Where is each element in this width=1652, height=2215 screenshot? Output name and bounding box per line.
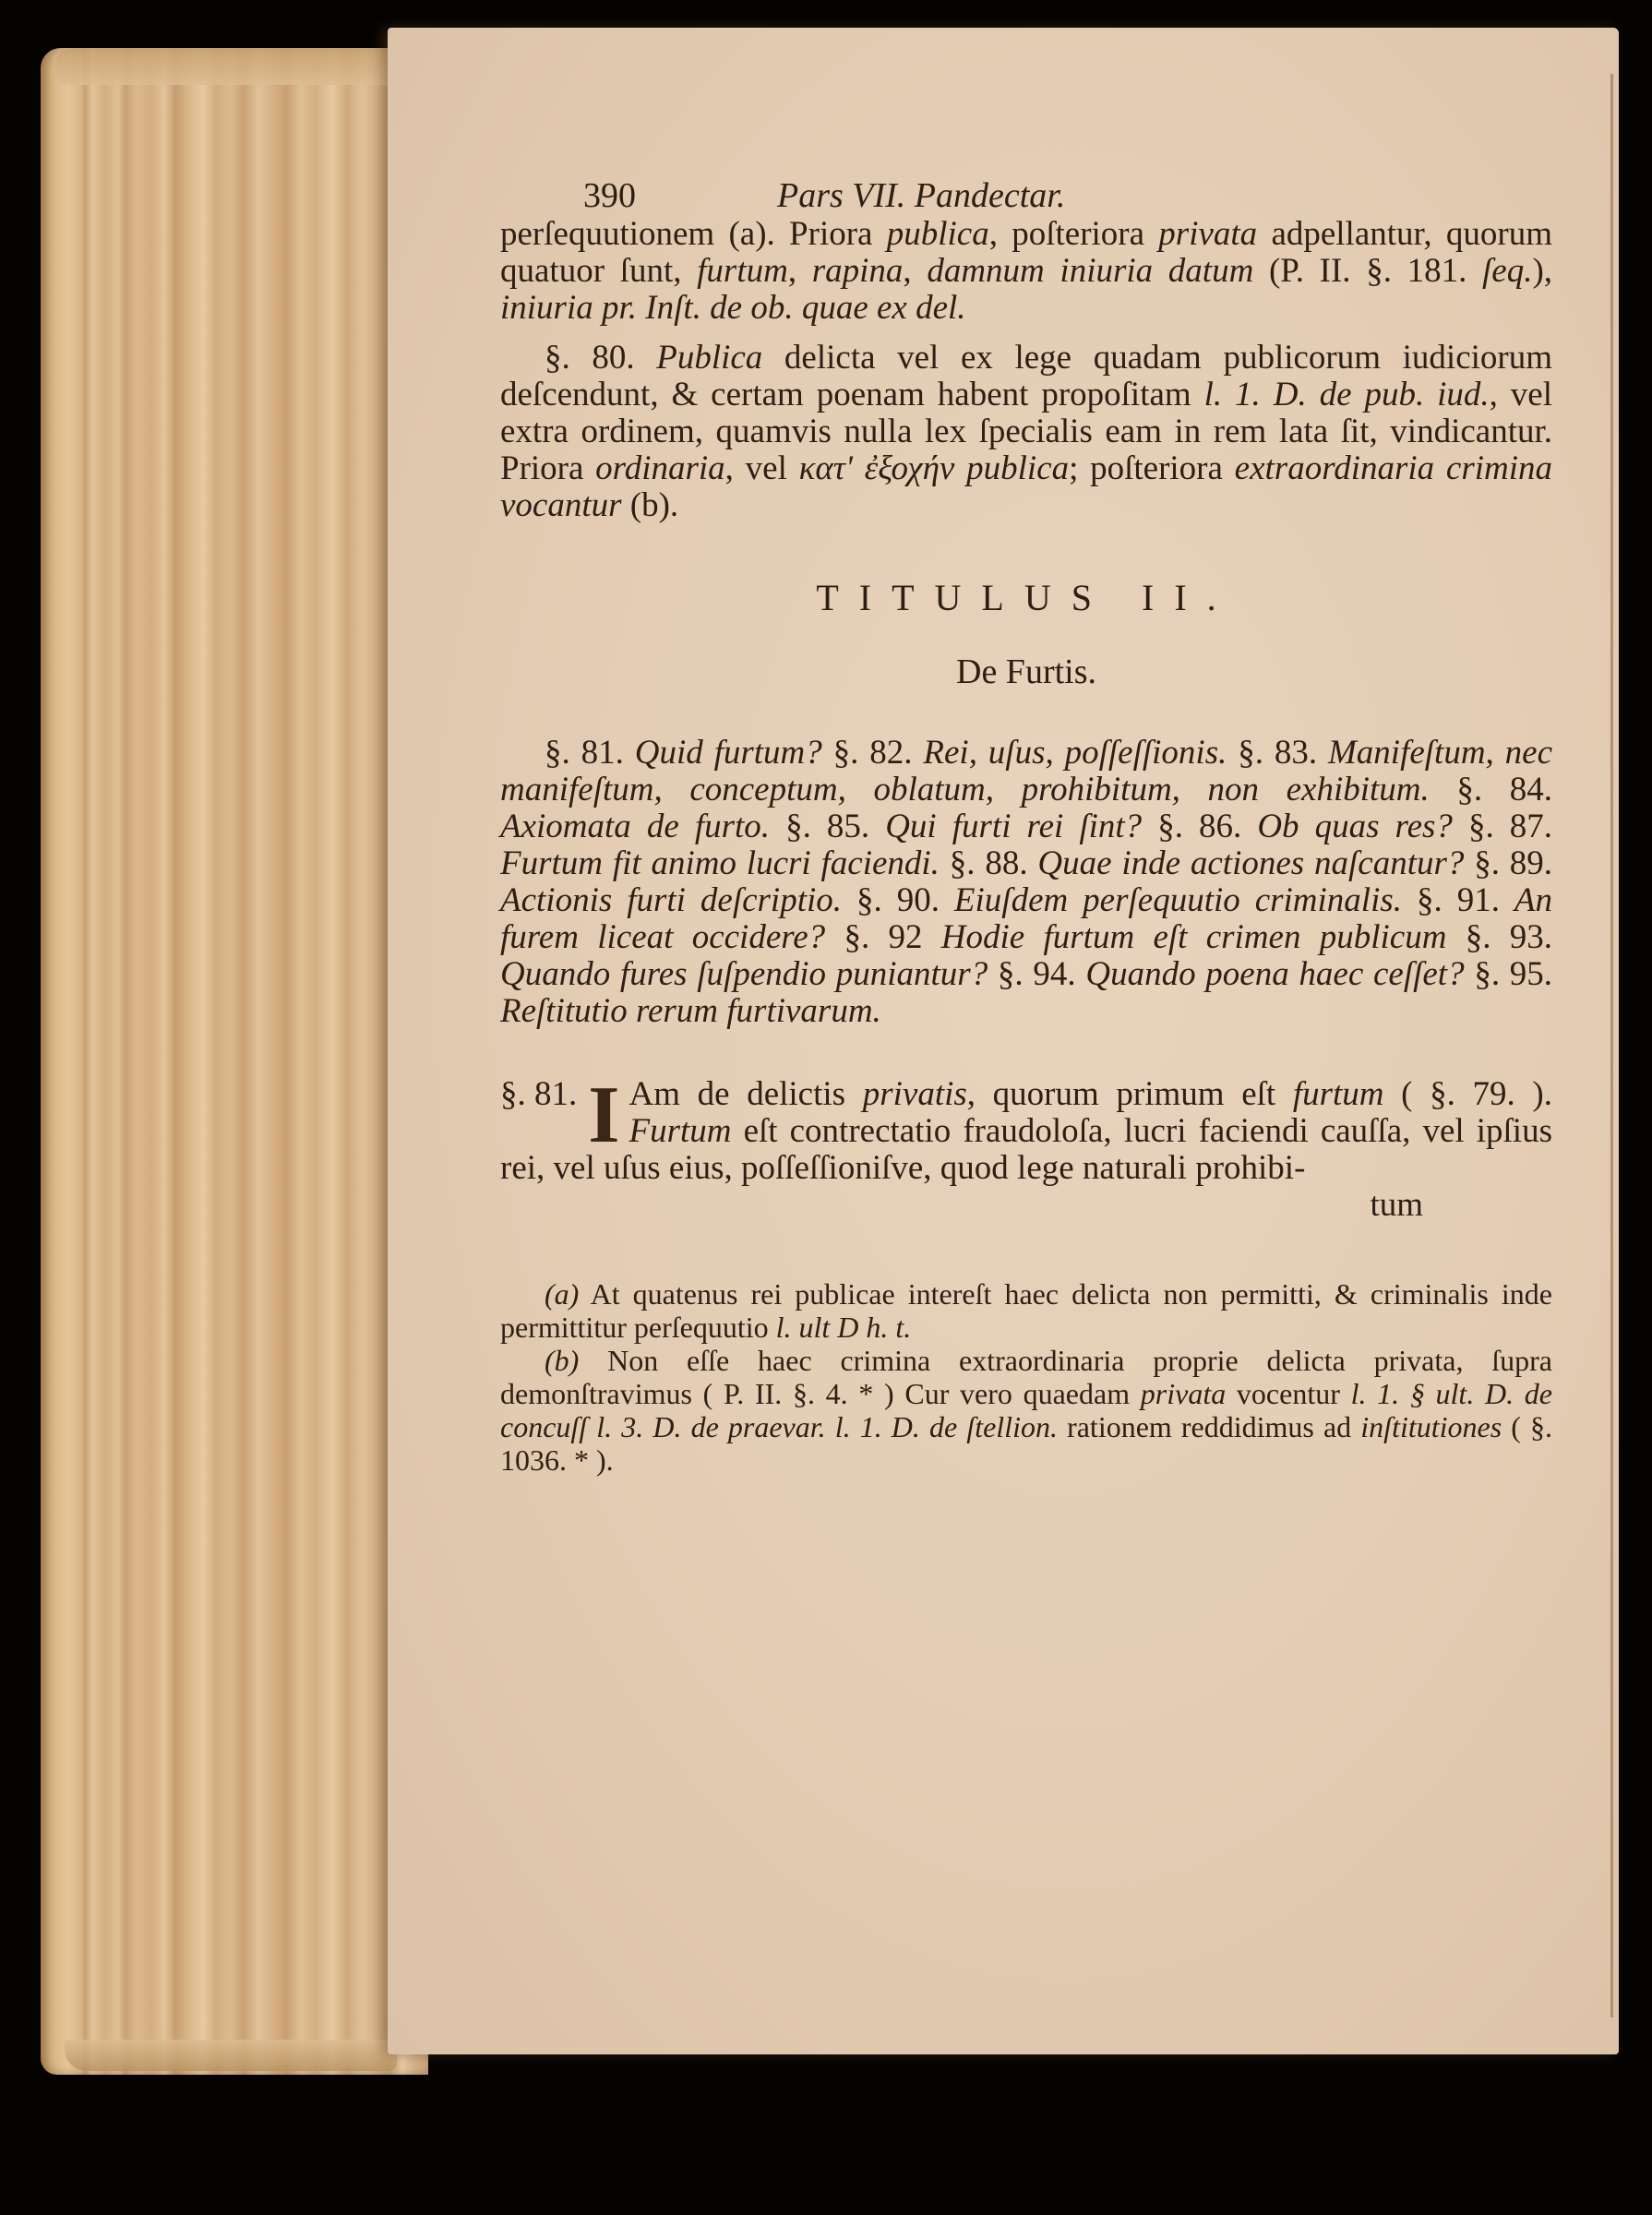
text: , vel [725, 449, 799, 487]
footnote-ref-a: (a) [728, 215, 766, 253]
section-marker: §. 84. [1456, 771, 1552, 808]
book-top-edge [55, 48, 406, 85]
italic-term: rapina [812, 252, 904, 290]
section-marker: §. 91. [1417, 881, 1514, 919]
titulus-heading: TITULUS II. [500, 580, 1552, 617]
section-marker: §. 81. [500, 1076, 577, 1113]
summary-item: Eiuſdem perſequutio criminalis. [954, 881, 1417, 919]
italic-term: publica [887, 215, 989, 253]
italic-term: inſtitutiones [1360, 1410, 1502, 1443]
text: vocentur [1226, 1377, 1350, 1410]
section-marker: §. 89. [1474, 844, 1552, 882]
italic-term: ordinaria [595, 449, 724, 487]
text: . Priora [767, 215, 887, 253]
page-edge-line [1610, 74, 1613, 2017]
text: , quorum primum eſt [967, 1075, 1293, 1113]
summary-item: Quando fures ſuſpendio puniantur? [500, 955, 998, 993]
italic-term: Furtum [629, 1112, 732, 1150]
summary-item: Reſtitutio rerum furtivarum. [500, 992, 881, 1030]
section-marker: §. 90. [856, 881, 954, 919]
catchword: tum [500, 1187, 1552, 1224]
text: ; poſteriora [1069, 449, 1235, 487]
greek-phrase: κατ' ἐξοχήν [799, 449, 955, 487]
section-marker: §. 86. [1157, 808, 1257, 845]
footnote-label: (b) [545, 1344, 579, 1377]
summary-item: Quid furtum? [635, 734, 833, 772]
titulus-subtitle: De Furtis. [500, 653, 1552, 690]
section-marker: §. 87. [1468, 808, 1552, 845]
section-marker: §. 83. [1238, 734, 1328, 772]
summary-item: Ob quas res? [1257, 808, 1468, 845]
italic-term: furtum [1293, 1075, 1384, 1113]
text: , [788, 252, 812, 290]
footnote-b: (b) Non eſſe haec crimina extraordinaria… [500, 1344, 1552, 1477]
footnote-label: (a) [545, 1277, 579, 1311]
summary-item: Qui furti rei ſint? [885, 808, 1157, 845]
section-81-paragraph: §. 81. IAm de delictis privatis, quorum … [500, 1076, 1552, 1187]
italic-term: furtum [697, 252, 788, 290]
text: , poſteriora [989, 215, 1159, 253]
summary-item: Axiomata de furto. [500, 808, 785, 845]
footnote-ref-b: (b). [622, 486, 679, 524]
book-page-edges [41, 48, 428, 2075]
text: rationem reddidimus ad [1058, 1410, 1360, 1443]
text: At quatenus rei publicae intereſt haec d… [500, 1277, 1552, 1344]
book-page: 390 Pars VII. Pandectar. perſequutionem … [388, 28, 1619, 2054]
summary-item: Actionis furti deſcriptio. [500, 881, 856, 919]
page-number: 390 [583, 177, 777, 214]
section-marker: §. 94. [998, 955, 1085, 993]
italic-citation: iniuria pr. Inſt. de ob. quae ex del. [500, 289, 966, 327]
text: ), [1532, 252, 1552, 290]
italic-citation: l. ult D h. t. [776, 1311, 912, 1344]
section-marker: §. 93. [1466, 918, 1552, 956]
text: (P. II. §. 181. [1253, 252, 1482, 290]
section-marker: §. 82. [833, 734, 924, 772]
section-marker: §. 80. [545, 339, 656, 377]
running-title: Pars VII. Pandectar. [777, 177, 1065, 214]
footnotes: (a) At quatenus rei publicae intereſt ha… [500, 1277, 1552, 1477]
section-80-paragraph: §. 80. Publica delicta vel ex lege quada… [500, 340, 1552, 524]
book-bottom-edge [65, 2040, 397, 2071]
italic-term: ſeq. [1482, 252, 1532, 290]
section-summary: §. 81. Quid furtum? §. 82. Rei, uſus, po… [500, 735, 1552, 1030]
intro-paragraph: perſequutionem (a). Priora publica, poſt… [500, 216, 1552, 327]
text: Am de delictis [629, 1075, 863, 1113]
section-marker: §. 95. [1474, 955, 1552, 993]
section-marker: §. 81. [545, 734, 635, 772]
drop-cap: I [588, 1082, 619, 1150]
page-text: 390 Pars VII. Pandectar. perſequutionem … [500, 177, 1552, 1477]
section-marker: §. 85. [785, 808, 885, 845]
footnote-a: (a) At quatenus rei publicae intereſt ha… [500, 1277, 1552, 1344]
italic-term: privata [1158, 215, 1257, 253]
summary-item: Rei, uſus, poſſeſſionis. [923, 734, 1238, 772]
italic-term: publica [954, 449, 1069, 487]
italic-term: privata [1141, 1377, 1226, 1410]
section-marker: §. 92 [844, 918, 940, 956]
summary-item: Hodie furtum eſt crimen publicum [941, 918, 1466, 956]
summary-item: Quando poena haec ceſſet? [1085, 955, 1474, 993]
italic-term: Publica [656, 339, 762, 377]
text: ( §. 79. ). [1384, 1075, 1552, 1113]
summary-item: Quae inde actiones naſcantur? [1037, 844, 1474, 882]
running-head: 390 Pars VII. Pandectar. [583, 177, 1552, 214]
text: perſequutionem [500, 215, 728, 253]
italic-term: privatis [863, 1075, 967, 1113]
text: , [903, 252, 927, 290]
section-marker: §. 88. [950, 844, 1038, 882]
summary-item: Furtum fit animo lucri faciendi. [500, 844, 950, 882]
italic-citation: l. 1. D. de pub. iud. [1204, 376, 1490, 413]
italic-term: damnum iniuria datum [927, 252, 1253, 290]
